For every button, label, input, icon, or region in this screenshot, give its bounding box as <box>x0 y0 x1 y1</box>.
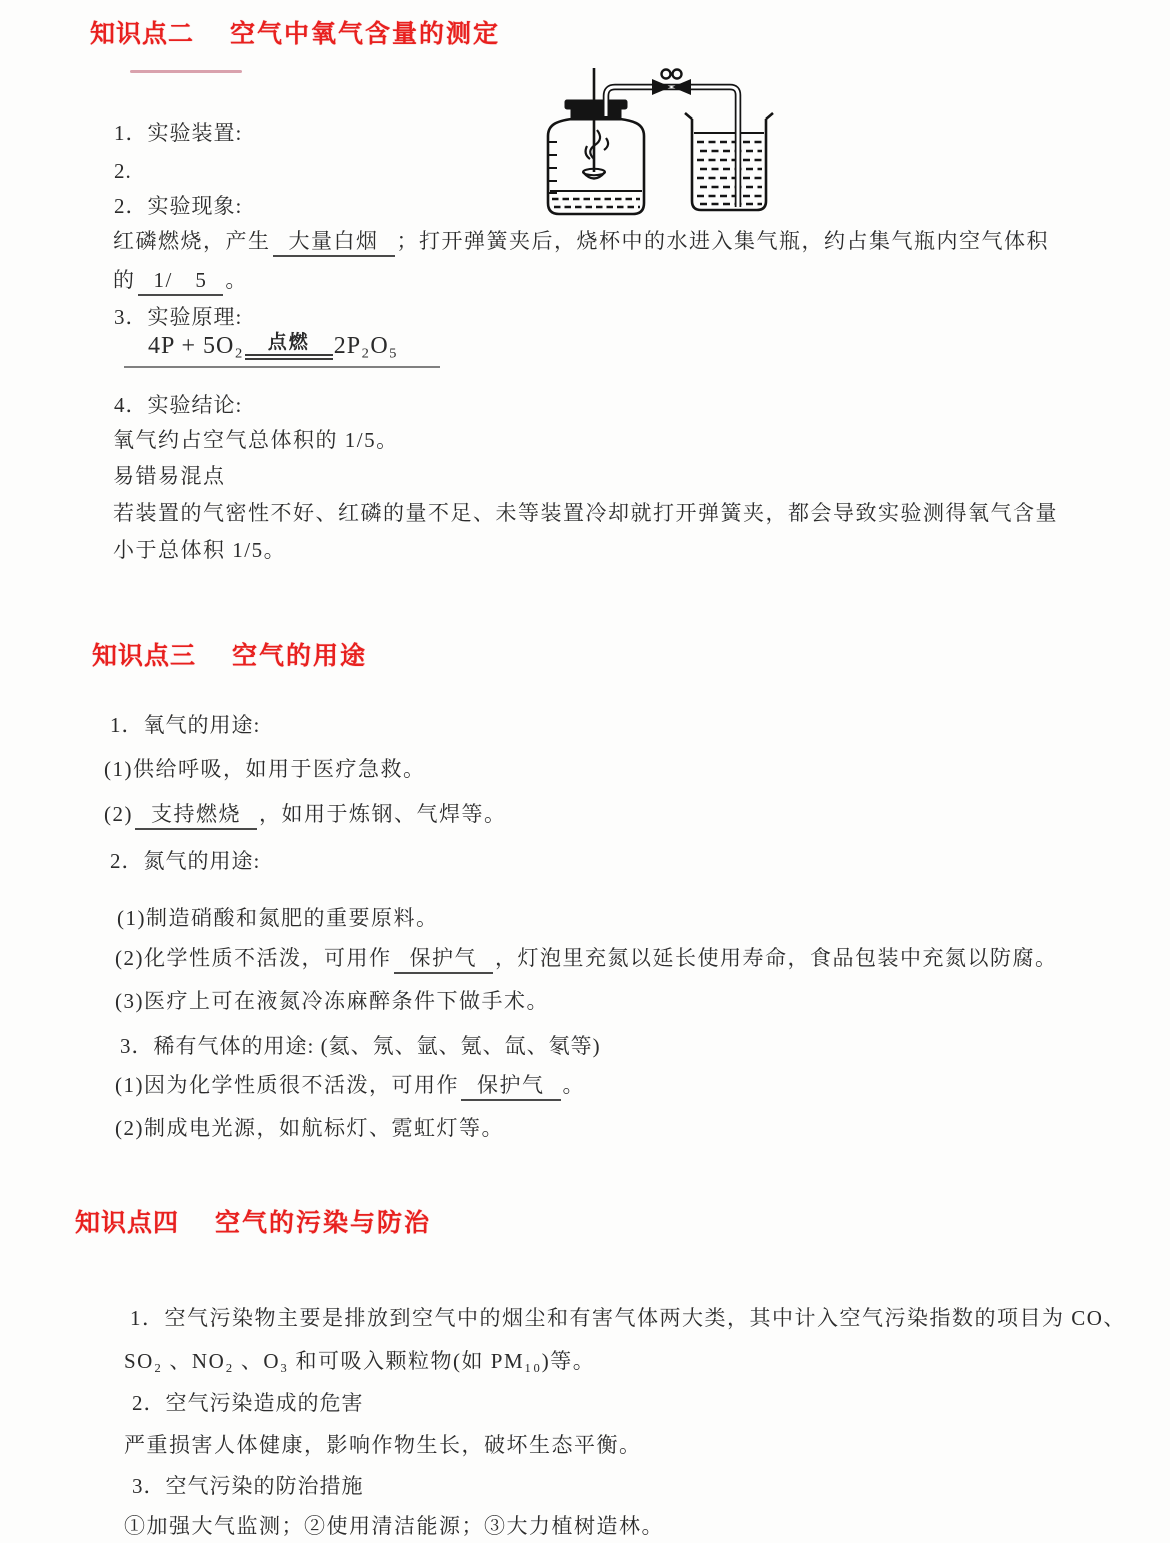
sec4-harm-body: 严重损害人体健康，影响作物生长，破坏生态平衡。 <box>124 1432 642 1458</box>
text-run: 红磷燃烧，产生 <box>113 229 271 253</box>
equation-rhs: 2P₂O₅ <box>334 333 398 360</box>
sec3-nitrogen-use3: (3)医疗上可在液氮冷冻麻醉条件下做手术。 <box>115 988 549 1014</box>
sec3-rare-gas-title: 3．稀有气体的用途: (氦、氖、氩、氪、氙、氡等) <box>120 1033 601 1059</box>
sec3-heading-title: 空气的用途 <box>232 642 367 670</box>
spring-clamp <box>652 70 691 96</box>
chemical-equation: 4P + 5O₂点燃2P₂O₅ <box>124 333 440 368</box>
sec2-note-line2: 小于总体积 1/5。 <box>113 537 286 563</box>
sec3-rare-gas-use2: (2)制成电光源，如航标灯、霓虹灯等。 <box>115 1115 504 1141</box>
sec2-phenomenon-sentence: 红磷燃烧，产生大量白烟；打开弹簧夹后，烧杯中的水进入集气瓶，约占集气瓶内空气体积 <box>113 228 1049 257</box>
sec3-nitrogen-use1: (1)制造硝酸和氮肥的重要原料。 <box>117 905 439 931</box>
sec4-heading: 知识点四空气的污染与防治 <box>75 1203 431 1239</box>
text-run: ；打开弹簧夹后，烧杯中的水进入集气瓶，约占集气瓶内空气体积 <box>397 229 1050 253</box>
sec3-nitrogen-use2: (2)化学性质不活泼，可用作保护气，灯泡里充氮以延长使用寿命，食品包装中充氮以防… <box>115 945 1058 974</box>
combustion-spoon <box>583 68 608 179</box>
sec4-pollutants-line2: SO₂ 、NO₂ 、O₃ 和可吸入颗粒物(如 PM₁₀)等。 <box>124 1348 595 1374</box>
sec3-heading-badge: 知识点三 <box>92 642 196 670</box>
sec2-item-phenomenon: 2．实验现象: <box>114 193 242 219</box>
equation-condition: 点燃 <box>245 333 333 360</box>
equation-lhs: 4P + 5O₂ <box>148 333 244 360</box>
text-run: (2)化学性质不活泼，可用作 <box>115 946 392 970</box>
text-run: 。 <box>563 1073 586 1097</box>
sec4-heading-title: 空气的污染与防治 <box>215 1209 431 1237</box>
text-run: (1)因为化学性质很不活泼，可用作 <box>115 1073 459 1097</box>
smoke-squiggle <box>604 138 608 150</box>
text-run: ，如用于炼钢、气焊等。 <box>259 802 507 826</box>
sec2-heading-title: 空气中氧气含量的测定 <box>230 20 500 48</box>
gas-collecting-bottle <box>548 100 644 214</box>
sec2-item-stray: 2. <box>114 158 132 184</box>
sec2-note-title: 易错易混点 <box>113 463 226 489</box>
sec2-item-device: 1．实验装置: <box>114 120 242 146</box>
fill-blank-white-smoke: 大量白烟 <box>273 228 395 257</box>
sec2-phenomenon-sentence-2: 的1/ 5。 <box>113 267 248 296</box>
beaker <box>685 113 773 210</box>
text-run: 。 <box>225 268 248 292</box>
sec2-note-line1: 若装置的气密性不好、红磷的量不足、未等装置冷却就打开弹簧夹，都会导致实验测得氧气… <box>113 500 1058 526</box>
heading-underline-rule <box>130 70 242 73</box>
sec4-prevention-title: 3．空气污染的防治措施 <box>132 1473 364 1499</box>
sec4-prevention-body: ①加强大气监测；②使用清洁能源；③大力植树造林。 <box>124 1513 664 1539</box>
fill-blank-protective-gas: 保护气 <box>394 945 494 974</box>
fill-blank-one-fifth: 1/ 5 <box>138 267 224 296</box>
sec2-heading-badge: 知识点二 <box>90 20 194 48</box>
sec4-pollutants-line1: 1．空气污染物主要是排放到空气中的烟尘和有害气体两大类，其中计入空气污染指数的项… <box>130 1305 1126 1331</box>
text-run: (2) <box>104 802 133 826</box>
sec3-oxygen-title: 1．氧气的用途: <box>110 712 260 738</box>
study-sheet-page: 知识点二空气中氧气含量的测定 <box>0 0 1170 1543</box>
sec3-oxygen-use2: (2)支持燃烧，如用于炼钢、气焊等。 <box>104 801 507 830</box>
equation-double-line <box>245 354 333 360</box>
sec2-item-principle: 3．实验原理: <box>114 304 242 330</box>
sec4-harm-title: 2．空气污染造成的危害 <box>132 1390 364 1416</box>
fill-blank-protective-gas-2: 保护气 <box>461 1072 561 1101</box>
condition-label: 点燃 <box>268 333 310 352</box>
fill-blank-support-combustion: 支持燃烧 <box>135 801 257 830</box>
sec3-rare-gas-use1: (1)因为化学性质很不活泼，可用作保护气。 <box>115 1072 585 1101</box>
sec3-heading: 知识点三空气的用途 <box>92 636 367 672</box>
sec2-heading: 知识点二空气中氧气含量的测定 <box>90 14 500 50</box>
text-run: 的 <box>113 268 136 292</box>
sec2-item-conclusion: 4．实验结论: <box>114 392 242 418</box>
sec3-nitrogen-title: 2．氮气的用途: <box>110 848 260 874</box>
sec3-oxygen-use1: (1)供给呼吸，如用于医疗急救。 <box>104 756 426 782</box>
sec4-heading-badge: 知识点四 <box>75 1209 179 1237</box>
oxygen-measurement-apparatus-diagram <box>540 62 778 224</box>
text-run: ，灯泡里充氮以延长使用寿命，食品包装中充氮以防腐。 <box>495 946 1058 970</box>
sec2-conclusion-text: 氧气约占空气总体积的 1/5。 <box>113 427 399 453</box>
